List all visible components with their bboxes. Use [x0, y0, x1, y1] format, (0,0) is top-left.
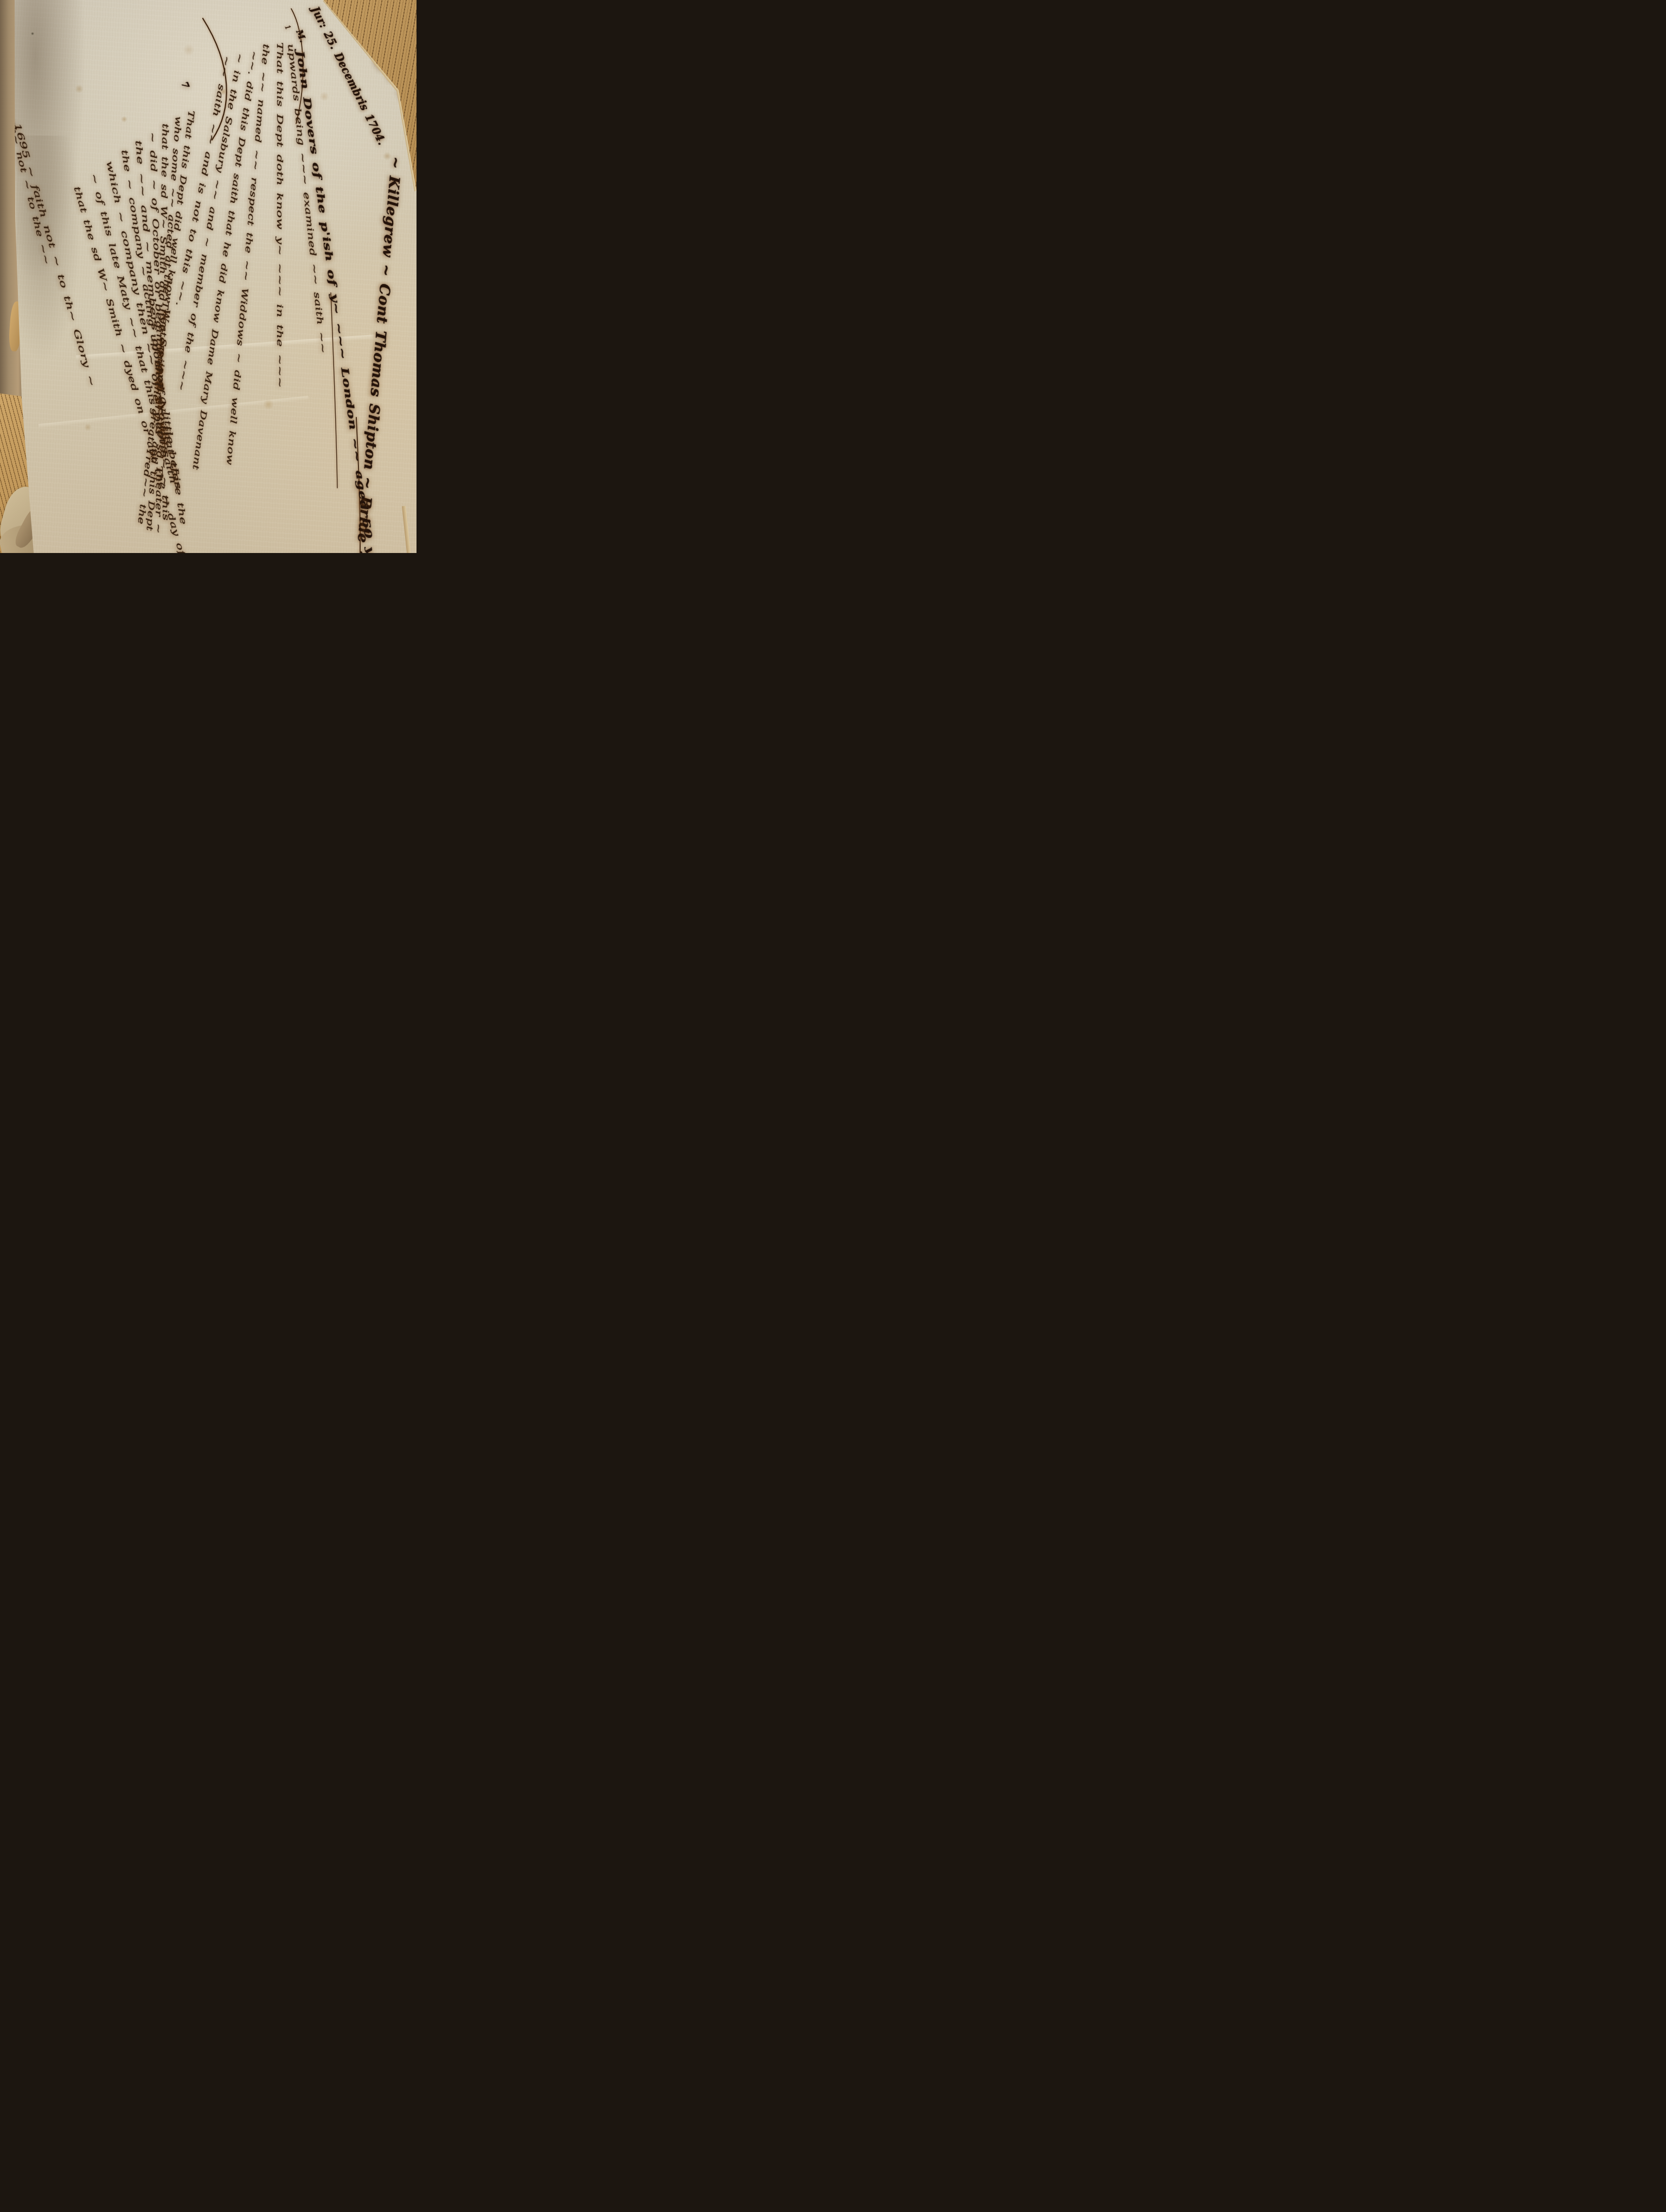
manuscript-line: That this Dept doth know y~ ~~~ in the ~…	[275, 42, 285, 388]
handwritten-text: Ju~ ~ E~ ~~ att ~~ Killegrew ~ Cont Thom…	[0, 0, 416, 553]
margin-number-1: 1	[283, 24, 292, 31]
manuscript-photo: Ju~ ~ E~ ~~ att ~~ Killegrew ~ Cont Thom…	[0, 0, 416, 553]
margin-number-7: 7	[178, 80, 191, 91]
paper-sheet: Ju~ ~ E~ ~~ att ~~ Killegrew ~ Cont Thom…	[0, 0, 416, 553]
margin-letter-m: M.	[294, 28, 309, 44]
